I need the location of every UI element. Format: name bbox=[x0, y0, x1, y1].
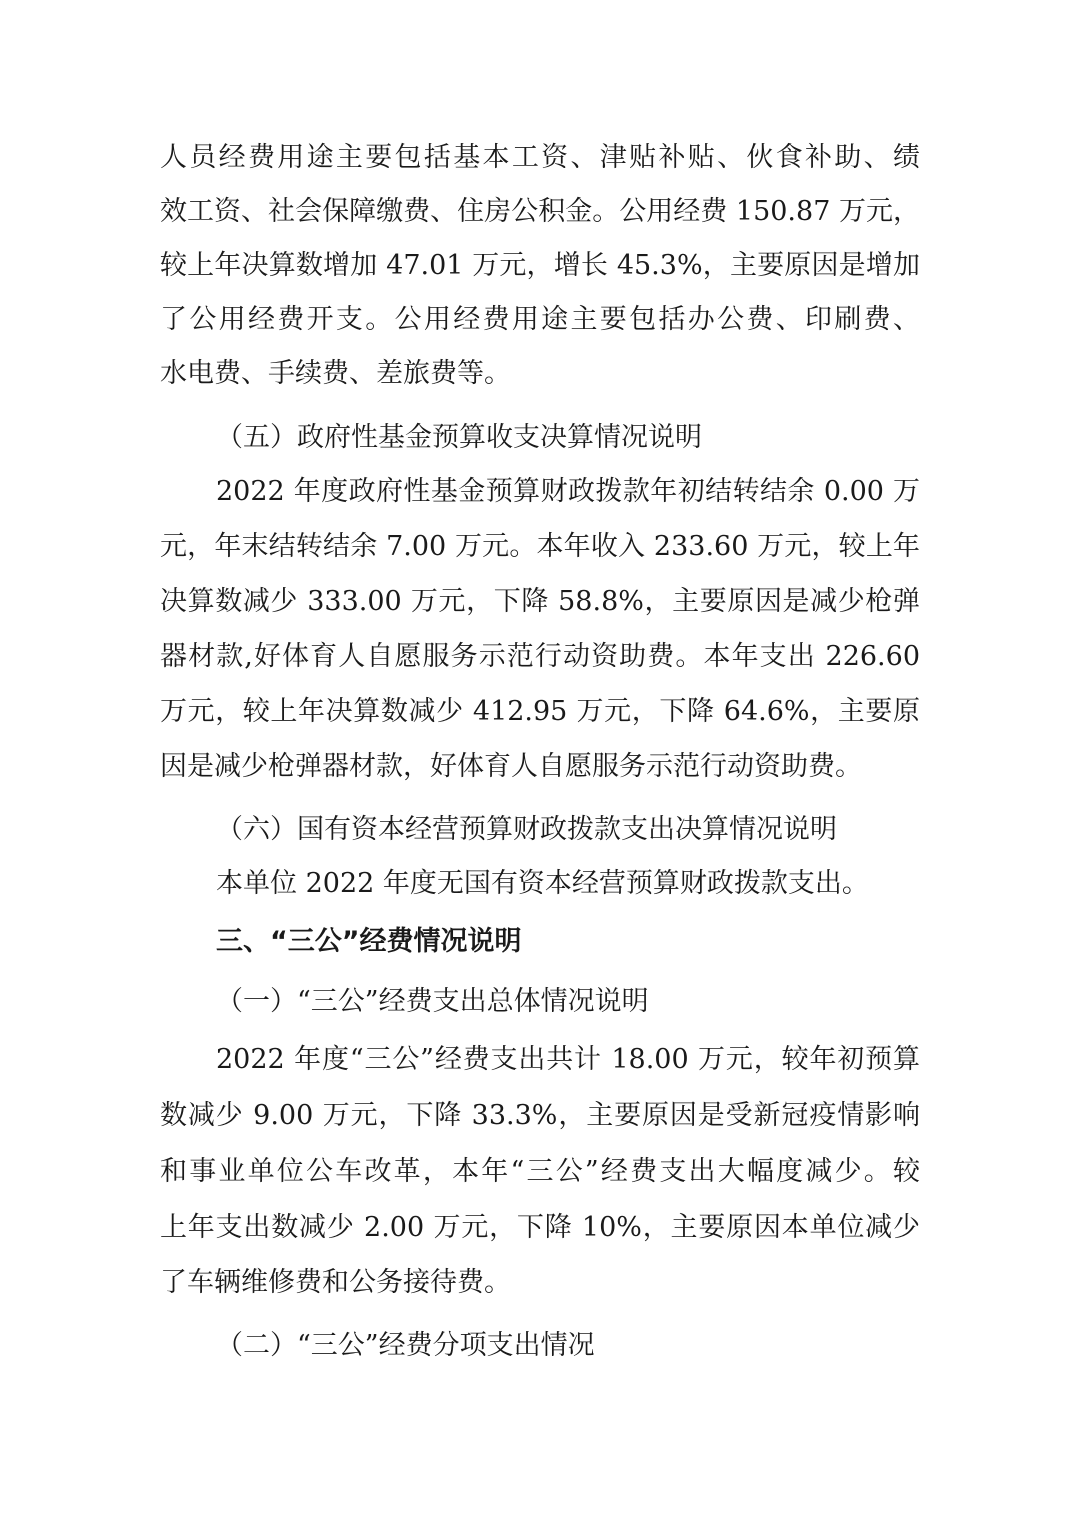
paragraph-line: 元，年末结转结余 7.00 万元。本年收入 233.60 万元，较上年 bbox=[160, 527, 920, 567]
paragraph-line: 较上年决算数增加 47.01 万元，增长 45.3%，主要原因是增加 bbox=[160, 246, 920, 286]
subsection-heading-1: （一）“三公”经费支出总体情况说明 bbox=[216, 982, 649, 1022]
paragraph-line: 人员经费用途主要包括基本工资、津贴补贴、伙食补助、绩 bbox=[160, 138, 920, 178]
paragraph-line: 效工资、社会保障缴费、住房公积金。公用经费 150.87 万元， bbox=[160, 192, 920, 232]
subsection-heading-2: （二）“三公”经费分项支出情况 bbox=[216, 1326, 595, 1366]
chapter-heading-3: 三、“三公”经费情况说明 bbox=[216, 922, 522, 962]
paragraph-line: 了公用经费开支。公用经费用途主要包括办公费、印刷费、 bbox=[160, 300, 920, 340]
paragraph-line: 决算数减少 333.00 万元，下降 58.8%，主要原因是减少枪弹 bbox=[160, 582, 920, 622]
paragraph-line: 因是减少枪弹器材款，好体育人自愿服务示范行动资助费。 bbox=[160, 747, 920, 787]
paragraph-line: 2022 年度“三公”经费支出共计 18.00 万元，较年初预算 bbox=[216, 1040, 920, 1080]
section-heading-5: （五）政府性基金预算收支决算情况说明 bbox=[216, 418, 702, 458]
paragraph-line: 器材款,好体育人自愿服务示范行动资助费。本年支出 226.60 bbox=[160, 637, 920, 677]
paragraph-line: 上年支出数减少 2.00 万元，下降 10%，主要原因本单位减少 bbox=[160, 1208, 920, 1248]
paragraph-line: 万元，较上年决算数减少 412.95 万元，下降 64.6%，主要原 bbox=[160, 692, 920, 732]
paragraph-line: 和事业单位公车改革，本年“三公”经费支出大幅度减少。较 bbox=[160, 1152, 920, 1192]
paragraph-line: 2022 年度政府性基金预算财政拨款年初结转结余 0.00 万 bbox=[216, 472, 920, 512]
section-heading-6: （六）国有资本经营预算财政拨款支出决算情况说明 bbox=[216, 810, 837, 850]
document-page: 人员经费用途主要包括基本工资、津贴补贴、伙食补助、绩 效工资、社会保障缴费、住房… bbox=[0, 0, 1074, 1520]
paragraph-line: 了车辆维修费和公务接待费。 bbox=[160, 1263, 920, 1303]
paragraph-line: 数减少 9.00 万元，下降 33.3%，主要原因是受新冠疫情影响 bbox=[160, 1096, 920, 1136]
paragraph-line: 水电费、手续费、差旅费等。 bbox=[160, 354, 920, 394]
paragraph-line: 本单位 2022 年度无国有资本经营预算财政拨款支出。 bbox=[216, 864, 869, 904]
